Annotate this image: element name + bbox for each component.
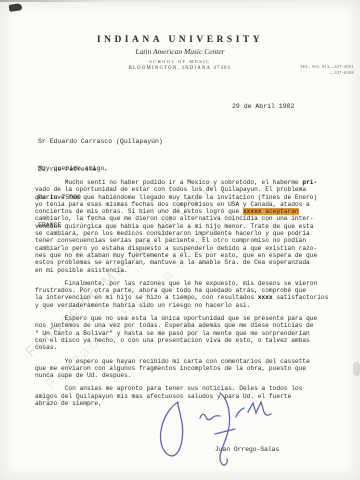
paragraph-1: Mucho sentí no haber podido ir a Mexico … (35, 179, 338, 274)
salutation: Muy querido amigo, (38, 165, 108, 172)
p1-highlighted-word: aceptaran (265, 208, 298, 215)
paragraph-2: Finalmente, por las razones que le he ex… (35, 280, 338, 309)
p1-overstrike-bold: pri- (302, 179, 317, 186)
recipient-name: Sr Eduardo Carrasco (Quilapayún) (38, 137, 163, 146)
paragraph-3: Espero que no sea esta la única oportuni… (35, 315, 338, 351)
p1-text-c: cambiarlo, la fecha que me dieron como a… (35, 215, 317, 273)
p1-text-a: Mucho sentí no haber podido ir a Mexico … (35, 179, 302, 186)
paragraph-4: Yo espero que hayan recibido mi carta co… (35, 358, 338, 380)
scan-corner-mark (9, 3, 23, 12)
letterhead-school: SCHOOL OF MUSIC (0, 59, 360, 64)
p1-highlighted-overstrike: xxxxx (243, 208, 265, 215)
signature-ink-icon (148, 390, 298, 470)
scan-edge-artifact (0, 0, 360, 2)
typed-signature-name: Juan Orrego-Salas (215, 446, 279, 453)
scan-smudge (353, 362, 360, 376)
letterhead-center-name: Latin American Music Center (0, 47, 360, 56)
p2-overstrike-bold: xxxx (258, 294, 273, 301)
letterhead-university: INDIANA UNIVERSITY (0, 35, 360, 45)
letter-body: Mucho sentí no haber podido ir a Mexico … (35, 179, 338, 413)
telephone-line-2: —337-6308 (300, 70, 354, 76)
letter-page: Fundación Música de Chile Fundación Músi… (0, 0, 360, 480)
signature-handwriting (148, 390, 298, 470)
letterhead-telephone: TEL. NO. 812—337-4991 —337-6308 (300, 64, 354, 76)
letter-date: 29 de Abril 1982 (232, 103, 294, 110)
